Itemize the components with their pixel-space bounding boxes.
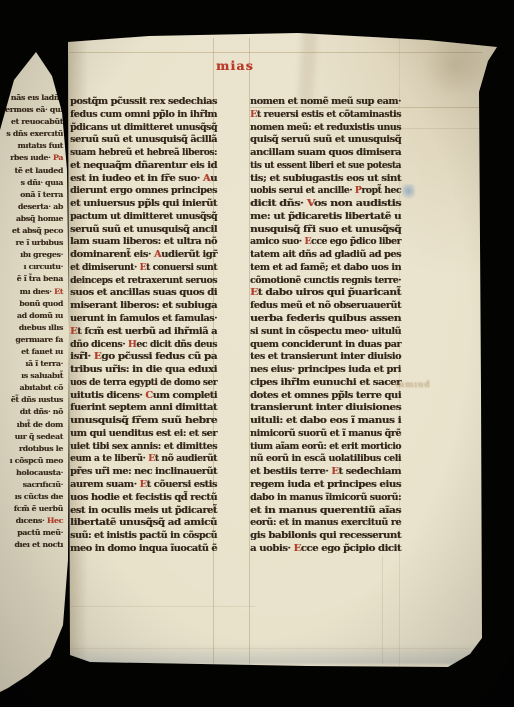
text-line: miserant liberos: et subiuga: [70, 300, 217, 313]
text-line: suam hebreũ et hebreã liberos:: [70, 147, 217, 160]
text-line: tatem ait dñs ad gladiũ ad pes: [250, 249, 401, 262]
text-line: ı cırcuıtu·: [0, 261, 63, 273]
text-line: uitutis dicens· Cum completi: [70, 390, 217, 403]
text-line: meo in domo inqua ĩuocatũ ẽ: [70, 543, 217, 556]
text-line: p̃dicans ut dimitteret unusq̃sq̃: [70, 122, 217, 135]
blue-pigment-smudge: [402, 184, 415, 201]
text-line: aurem suam· Et cõuersi estis: [70, 479, 217, 492]
text-line: ancillam suam quos dimisera: [250, 147, 401, 160]
rubricated-initial: E: [140, 479, 147, 490]
text-line: fedus meũ et nõ obseruauerũt: [250, 300, 401, 313]
text-line: s dñs exercıtũ: [0, 128, 63, 140]
text-line: mı dıes· Et: [0, 286, 63, 298]
text-line: isr̃l· Ego pc̃ussi fedus cũ pa: [70, 351, 217, 364]
rubricated-initial: A: [203, 173, 210, 184]
text-line: dierunt ergo omnes principes: [70, 185, 217, 198]
text-line: ẽ ĩ t̃ra bena: [0, 273, 63, 285]
text-line: postq̃m pc̃ussit rex sedechias: [70, 96, 217, 109]
text-line: eum a te liberũ· Et nõ audierũt: [70, 453, 217, 466]
margin-ghost-note: mmıud: [396, 379, 430, 389]
rubricated-initial: E: [331, 466, 338, 477]
text-line: uobis serui et ancille· Propt̃ hec: [250, 185, 401, 198]
rubricated-initial: E: [70, 326, 77, 337]
text-line: Et fcm̃ est uerbũ ad ihr̃miã a: [70, 326, 217, 339]
text-line: ad domũ ıu: [0, 310, 63, 322]
under-page-edge-shadow: [58, 644, 482, 664]
text-line: lam suam liberos: et ultra nõ: [70, 236, 217, 249]
text-line: et nequaq̃m dñarentur eis id: [70, 160, 217, 173]
text-line: nes eius· principes iuda et pri: [250, 364, 401, 377]
text-line: re ĩ urbıbus: [0, 237, 63, 249]
text-line: germıare fa: [0, 334, 63, 346]
text-line: Et reuersi estis et cõtaminastis: [250, 109, 401, 122]
text-line: nomen meũ: et reduxistis unus: [250, 122, 401, 135]
text-line: et in manus querentiũ aĩas: [250, 505, 401, 518]
text-line: fcm̃ ẽ uerbũ: [0, 503, 63, 515]
text-line: dıt dñs· nõ: [0, 406, 63, 418]
text-line: est in iudeo et in fr̃e suo· Au: [70, 173, 217, 186]
text-line: ıã ĩ terra·: [0, 358, 63, 370]
running-title: mias: [216, 58, 254, 73]
ruling-line: [70, 52, 482, 53]
text-line: abıtabıt cõ: [0, 382, 63, 394]
text-line: et absq̃ peco: [0, 225, 63, 237]
text-line: libertatẽ unusq̃sq̃ ad amicũ: [70, 517, 217, 530]
text-line: et uniuersus pp̃ls qui inierũt: [70, 198, 217, 211]
rubricated-initial: V: [307, 198, 314, 209]
text-line: et bestiis terre· Et sedechiam: [250, 466, 401, 479]
parchment-crease: [298, 32, 318, 105]
text-line: nomen et nomẽ meũ sup eam·: [250, 96, 401, 109]
text-line: suũ: et inistis pactũ in cõspcũ: [70, 530, 217, 543]
text-line: ermoıs eã· quı: [0, 104, 63, 116]
text-line: tribus ur̃is: in die qua eduxi: [70, 364, 217, 377]
text-line: nũ eorũ in escã uolatilibus celi: [250, 453, 401, 466]
text-line: mıtatıs fuıt: [0, 140, 63, 152]
text-line: amico suo· Ecce ego p̃dico liber: [250, 236, 401, 249]
text-line: a uobis· Ecce ego p̃cipio dicit: [250, 543, 401, 556]
text-line: est in oculis meis ut p̃dicaret̃: [70, 505, 217, 518]
parchment-corner-stain: [424, 34, 486, 96]
rubricated-initial: A: [154, 249, 161, 260]
text-line: et reuocabũt: [0, 116, 63, 128]
text-line: dabo in manus ĩimicorũ suorũ:: [250, 492, 401, 505]
text-line: ıs saluabıt̃: [0, 370, 63, 382]
rubricated-initial: Pa: [53, 153, 63, 162]
text-line: dıebus ıllıs: [0, 322, 63, 334]
rubricated-initial: E: [250, 109, 257, 120]
text-line: ıs cũctıs dıe: [0, 491, 63, 503]
rubricated-initial: E: [250, 287, 258, 298]
text-line: uos de terra egypti de domo ser: [70, 377, 217, 390]
rubricated-initial: E: [304, 236, 311, 247]
text-line: holocausta·: [0, 467, 63, 479]
text-line: fedus cum omni pp̃lo in ihr̃lm: [70, 109, 217, 122]
text-line: onã ĩ terra: [0, 189, 63, 201]
text-line: um qui uenditus est ei: et ser: [70, 428, 217, 441]
text-line: seruũ suũ et unusquisq̃ ancil: [70, 224, 217, 237]
text-line: ıbı greges·: [0, 249, 63, 261]
manuscript-photo: mias postq̃m pc̃ussit rex sedechiasfedus…: [0, 0, 514, 707]
text-line: absq̃ homıe: [0, 213, 63, 225]
text-line: quem conciderunt in duas par: [250, 339, 401, 352]
text-line: et dimiserunt· Et conuersi sunt: [70, 262, 217, 275]
text-line: dño dicens· Hec dicit dñs deus: [70, 339, 217, 352]
text-line: quisq̃ seruũ suũ et unusquisq̃: [250, 134, 401, 147]
text-line: s dñı· quıa: [0, 177, 63, 189]
text-line: gis babilonis qui recesserunt: [250, 530, 401, 543]
text-line: ẽt̃ dñs ıustus: [0, 394, 63, 406]
text-column-right: nomen et nomẽ meũ sup eam·Et reuersi est…: [250, 96, 401, 560]
text-line: dicit dñs· Vos non audistis: [250, 198, 401, 211]
text-line: uerba federis quibus assen: [250, 313, 401, 326]
text-line: cipes ihr̃lm eunuchi et sacer: [250, 377, 401, 390]
text-line: tis ut essent liberi et sue potesta: [250, 160, 401, 173]
text-line: transierunt inter diuisiones: [250, 402, 401, 415]
text-line: uır q̃ sedeat: [0, 431, 63, 443]
text-line: cõmotionẽ cunctis regnis terre·: [250, 275, 401, 288]
text-line: bonũ quod: [0, 298, 63, 310]
text-line: dotes et omnes pp̃ls terre qui: [250, 390, 401, 403]
text-line: suos et ancillas suas quos di: [70, 287, 217, 300]
text-line: sacrıfıcıũ·: [0, 479, 63, 491]
text-line: pr̃es ur̃i me: nec inclinauerũt: [70, 466, 217, 479]
text-line: me: ut p̃dicaretis libertatẽ u: [250, 211, 401, 224]
text-line: Et dabo uiros qui p̃uaricant̃: [250, 287, 401, 300]
text-line: unusquisq̃ fr̃em suũ hebre: [70, 415, 217, 428]
text-line: seruũ suũ et unusquisq̃ ãcillã: [70, 134, 217, 147]
text-line: dominarent̃ eis· Audierũt igr̃: [70, 249, 217, 262]
text-line: tium aĩam eorũ: et erit morticio: [250, 441, 401, 454]
text-line: et faııet ıu: [0, 346, 63, 358]
text-line: dıeı et noctı: [0, 539, 63, 551]
text-line: nusquisq̃ fr̃i suo et unusq̃sq̃: [250, 224, 401, 237]
rubricated-initial: E: [94, 351, 102, 362]
text-line: uerunt in famulos et famulas·: [70, 313, 217, 326]
rubricated-initial: Hec: [47, 516, 63, 525]
text-line: tes et transierunt inter diuisio: [250, 351, 401, 364]
text-line: tis; et subiugastis eos ut sint: [250, 173, 401, 186]
text-line: deserta· ab: [0, 201, 63, 213]
text-line: pactũ meũ·: [0, 527, 63, 539]
text-line: deinceps et retraxerunt seruos: [70, 275, 217, 288]
text-line: uos hodie et fecistis qd̃ rectũ: [70, 492, 217, 505]
text-line: rbes ıude· Pa: [0, 152, 63, 164]
text-column-left: postq̃m pc̃ussit rex sedechiasfedus cum …: [70, 96, 217, 560]
rubricated-initial: Et: [54, 287, 63, 296]
text-line: uiet tibi sex annis: et dimittes: [70, 441, 217, 454]
text-line: uituli: et dabo eos ĩ manus i: [250, 415, 401, 428]
text-line: tẽ et lauded: [0, 165, 63, 177]
text-line: fuerint septem anni dimittat: [70, 402, 217, 415]
manuscript-page: mias postq̃m pc̃ussit rex sedechiasfedus…: [0, 0, 514, 707]
text-line: tem et ad famẽ; et dabo uos in: [250, 262, 401, 275]
text-line: eorũ: et in manus exercituũ re: [250, 517, 401, 530]
text-line: nãs eıs ladñr: [0, 92, 63, 104]
text-line: rdotıbus le: [0, 443, 63, 455]
facing-page-text: nãs eıs ladñrermoıs eã· quıet reuocabũts…: [0, 92, 63, 552]
text-line: regem iuda et principes eius: [250, 479, 401, 492]
text-line: dıcens· Hec: [0, 515, 63, 527]
ruling-line: [55, 606, 255, 607]
text-line: nimicorũ suorũ et ĩ manus q̃rẽ: [250, 428, 401, 441]
text-line: ı cõspcũ meo: [0, 455, 63, 467]
text-line: pactum ut dimitteret unusq̃sq̃: [70, 211, 217, 224]
rubricated-initial: H: [128, 339, 136, 350]
text-line: si sunt in cõspectu meo· uitulũ: [250, 326, 401, 339]
text-line: ıbıt̃ de dom: [0, 419, 63, 431]
